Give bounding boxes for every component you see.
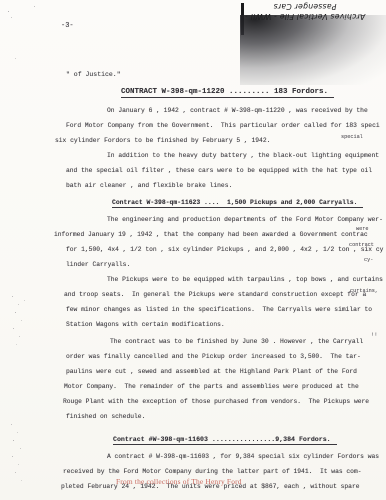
text-line: for 1,500, 4x4 , 1/2 ton , six cylinder …: [66, 246, 383, 254]
text-line: Station Wagons with certain modification…: [66, 321, 225, 329]
scan-corner-shadow: [240, 15, 386, 85]
text-line: Rouge Plant with the exception of those …: [63, 398, 369, 406]
text-line: paulins were cut , sewed and assembled a…: [66, 368, 357, 376]
text-line: and troop seats. In general the Pickups …: [64, 291, 366, 299]
margin-note: cy-: [364, 257, 373, 263]
text-line: Motor Company. The remainder of the part…: [64, 383, 359, 391]
page-number: -3-: [61, 22, 74, 30]
scan-speck-cluster: [6, 8, 7, 9]
scan-ink-artifact: !!: [371, 331, 378, 338]
text-line: A contract # W-398-qm-11603 , for 9,384 …: [107, 453, 379, 461]
text-line: informed January 19 , 1942 , that the co…: [54, 231, 368, 239]
text-line: The contract was to be finished by June …: [110, 338, 363, 346]
text-line: linder Carryalls.: [66, 261, 130, 269]
margin-note: curtains,: [350, 288, 378, 294]
handwritten-note-line: Archives Vertical File - WWII -: [236, 11, 374, 21]
text-line: bath air cleaner , and flexible brake li…: [66, 182, 232, 190]
handwritten-note-line: Passenger Cars: [236, 1, 374, 11]
margin-note: were: [356, 226, 368, 232]
contract-heading-11220: CONTRACT W-398-qm-11220 ......... 183 Fo…: [121, 88, 334, 96]
scan-speck-cluster: [8, 420, 9, 421]
text-line: and the special oil filter , these cars …: [66, 167, 372, 175]
text-line: received by the Ford Motor Company durin…: [63, 468, 362, 476]
margin-note: special: [341, 134, 363, 140]
text-line: few minor changes as listed in the speci…: [66, 306, 372, 314]
handwritten-note: Archives Vertical File - WWII - Passenge…: [236, 1, 374, 21]
scan-speck-cluster: [10, 290, 11, 291]
text-line: order was finally cancelled and the Pick…: [66, 353, 361, 361]
contract-heading-11603: Contract #W-398-qm-11603 ...............…: [113, 436, 337, 444]
collection-watermark: From the collections of The Henry Ford: [116, 477, 242, 486]
text-line: finished on schedule.: [66, 413, 145, 421]
opening-fragment: " of Justice.": [66, 71, 121, 79]
margin-note: contract: [349, 242, 374, 248]
text-line: Ford Motor Company from the Government. …: [66, 122, 380, 130]
text-line: six cylinder Fordors to be finished by F…: [55, 137, 270, 145]
text-line: The Pickups were to be equipped with tar…: [107, 276, 383, 284]
contract-heading-11623: Contract W-398-qm-11623 .... 1,500 Picku…: [112, 199, 363, 207]
text-line: On January 6 , 1942 , contract # W-398-q…: [107, 107, 368, 115]
scanned-document-page: Archives Vertical File - WWII - Passenge…: [0, 0, 386, 500]
text-line: The engineering and production departmen…: [107, 216, 383, 224]
text-line: In addition to the heavy duty battery , …: [107, 152, 379, 160]
